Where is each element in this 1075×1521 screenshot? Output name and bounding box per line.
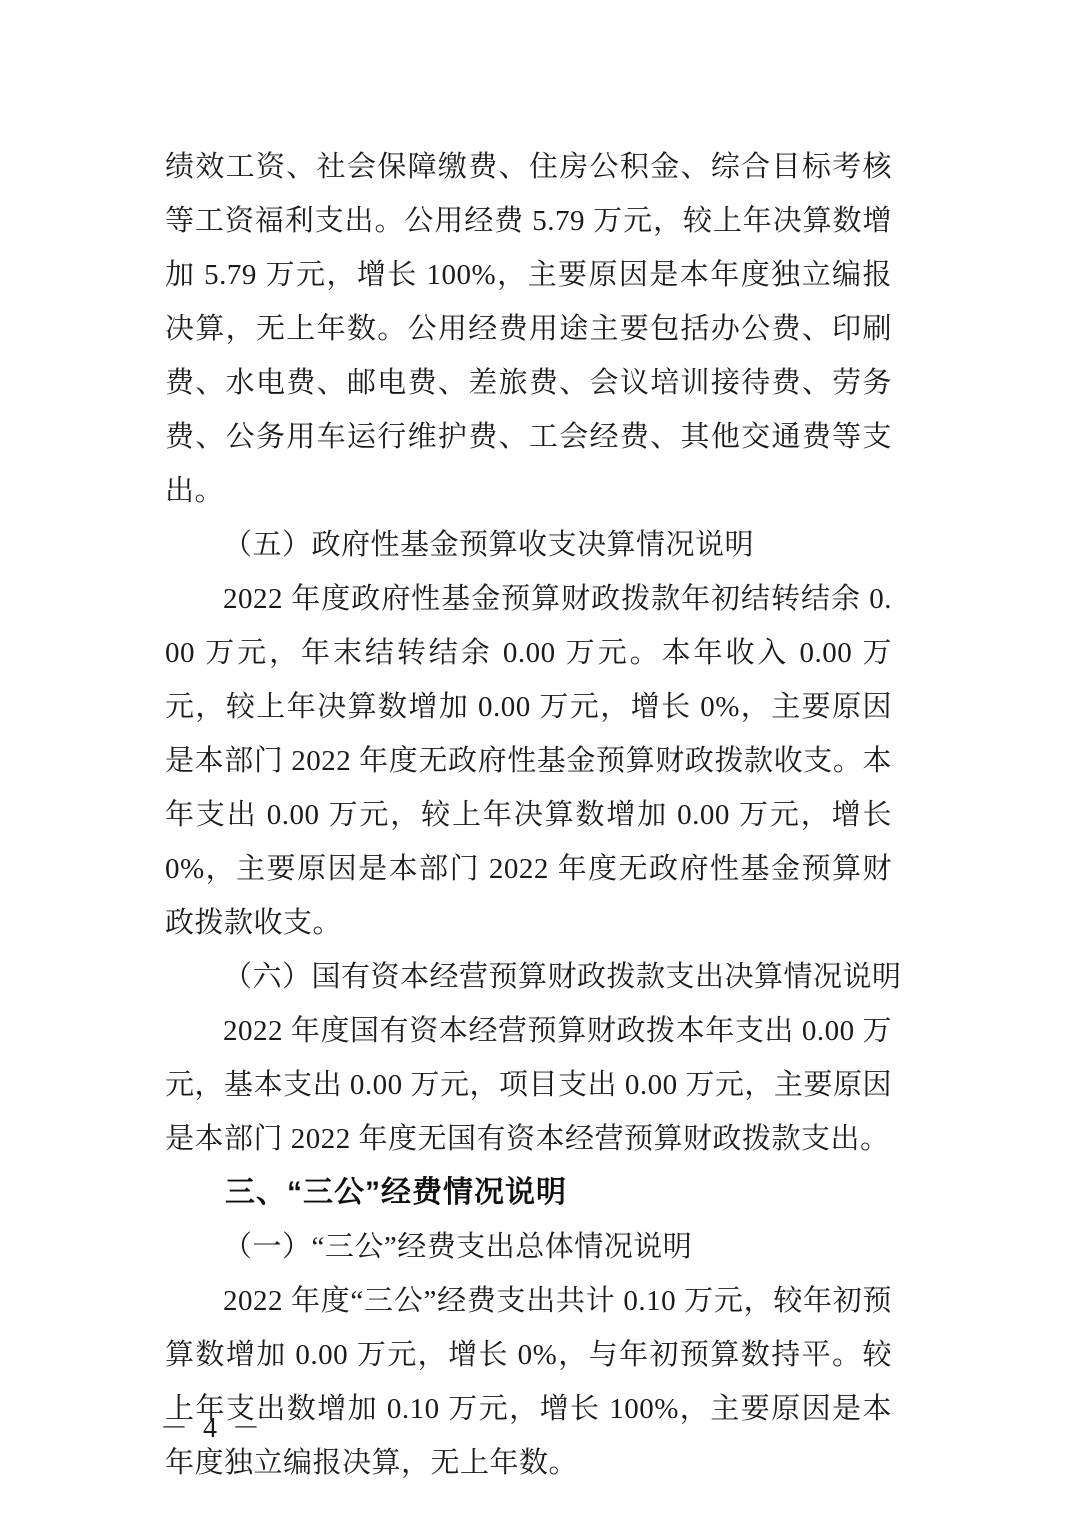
paragraph-wage-benefits-continued: 绩效工资、社会保障缴费、住房公积金、综合目标考核等工资福利支出。公用经费 5.7… — [165, 140, 892, 518]
heading-three-public-expenses: 三、“三公”经费情况说明 — [165, 1166, 892, 1220]
paragraph-gov-fund-budget: 2022 年度政府性基金预算财政拨款年初结转结余 0.00 万元，年末结转结余 … — [165, 572, 892, 950]
page-number: － 4 － — [160, 1412, 264, 1446]
page-body-text: 绩效工资、社会保障缴费、住房公积金、综合目标考核等工资福利支出。公用经费 5.7… — [165, 140, 892, 1490]
paragraph-three-public-total: 2022 年度“三公”经费支出共计 0.10 万元，较年初预算数增加 0.00 … — [165, 1274, 892, 1490]
heading-sub-1-three-public-overall: （一）“三公”经费支出总体情况说明 — [165, 1220, 892, 1274]
document-page: 绩效工资、社会保障缴费、住房公积金、综合目标考核等工资福利支出。公用经费 5.7… — [0, 0, 1075, 1521]
heading-section-6-state-capital-budget: （六）国有资本经营预算财政拨款支出决算情况说明 — [165, 950, 892, 1004]
paragraph-state-capital-budget: 2022 年度国有资本经营预算财政拨本年支出 0.00 万元，基本支出 0.00… — [165, 1004, 892, 1166]
heading-section-5-gov-fund-budget: （五）政府性基金预算收支决算情况说明 — [165, 518, 892, 572]
